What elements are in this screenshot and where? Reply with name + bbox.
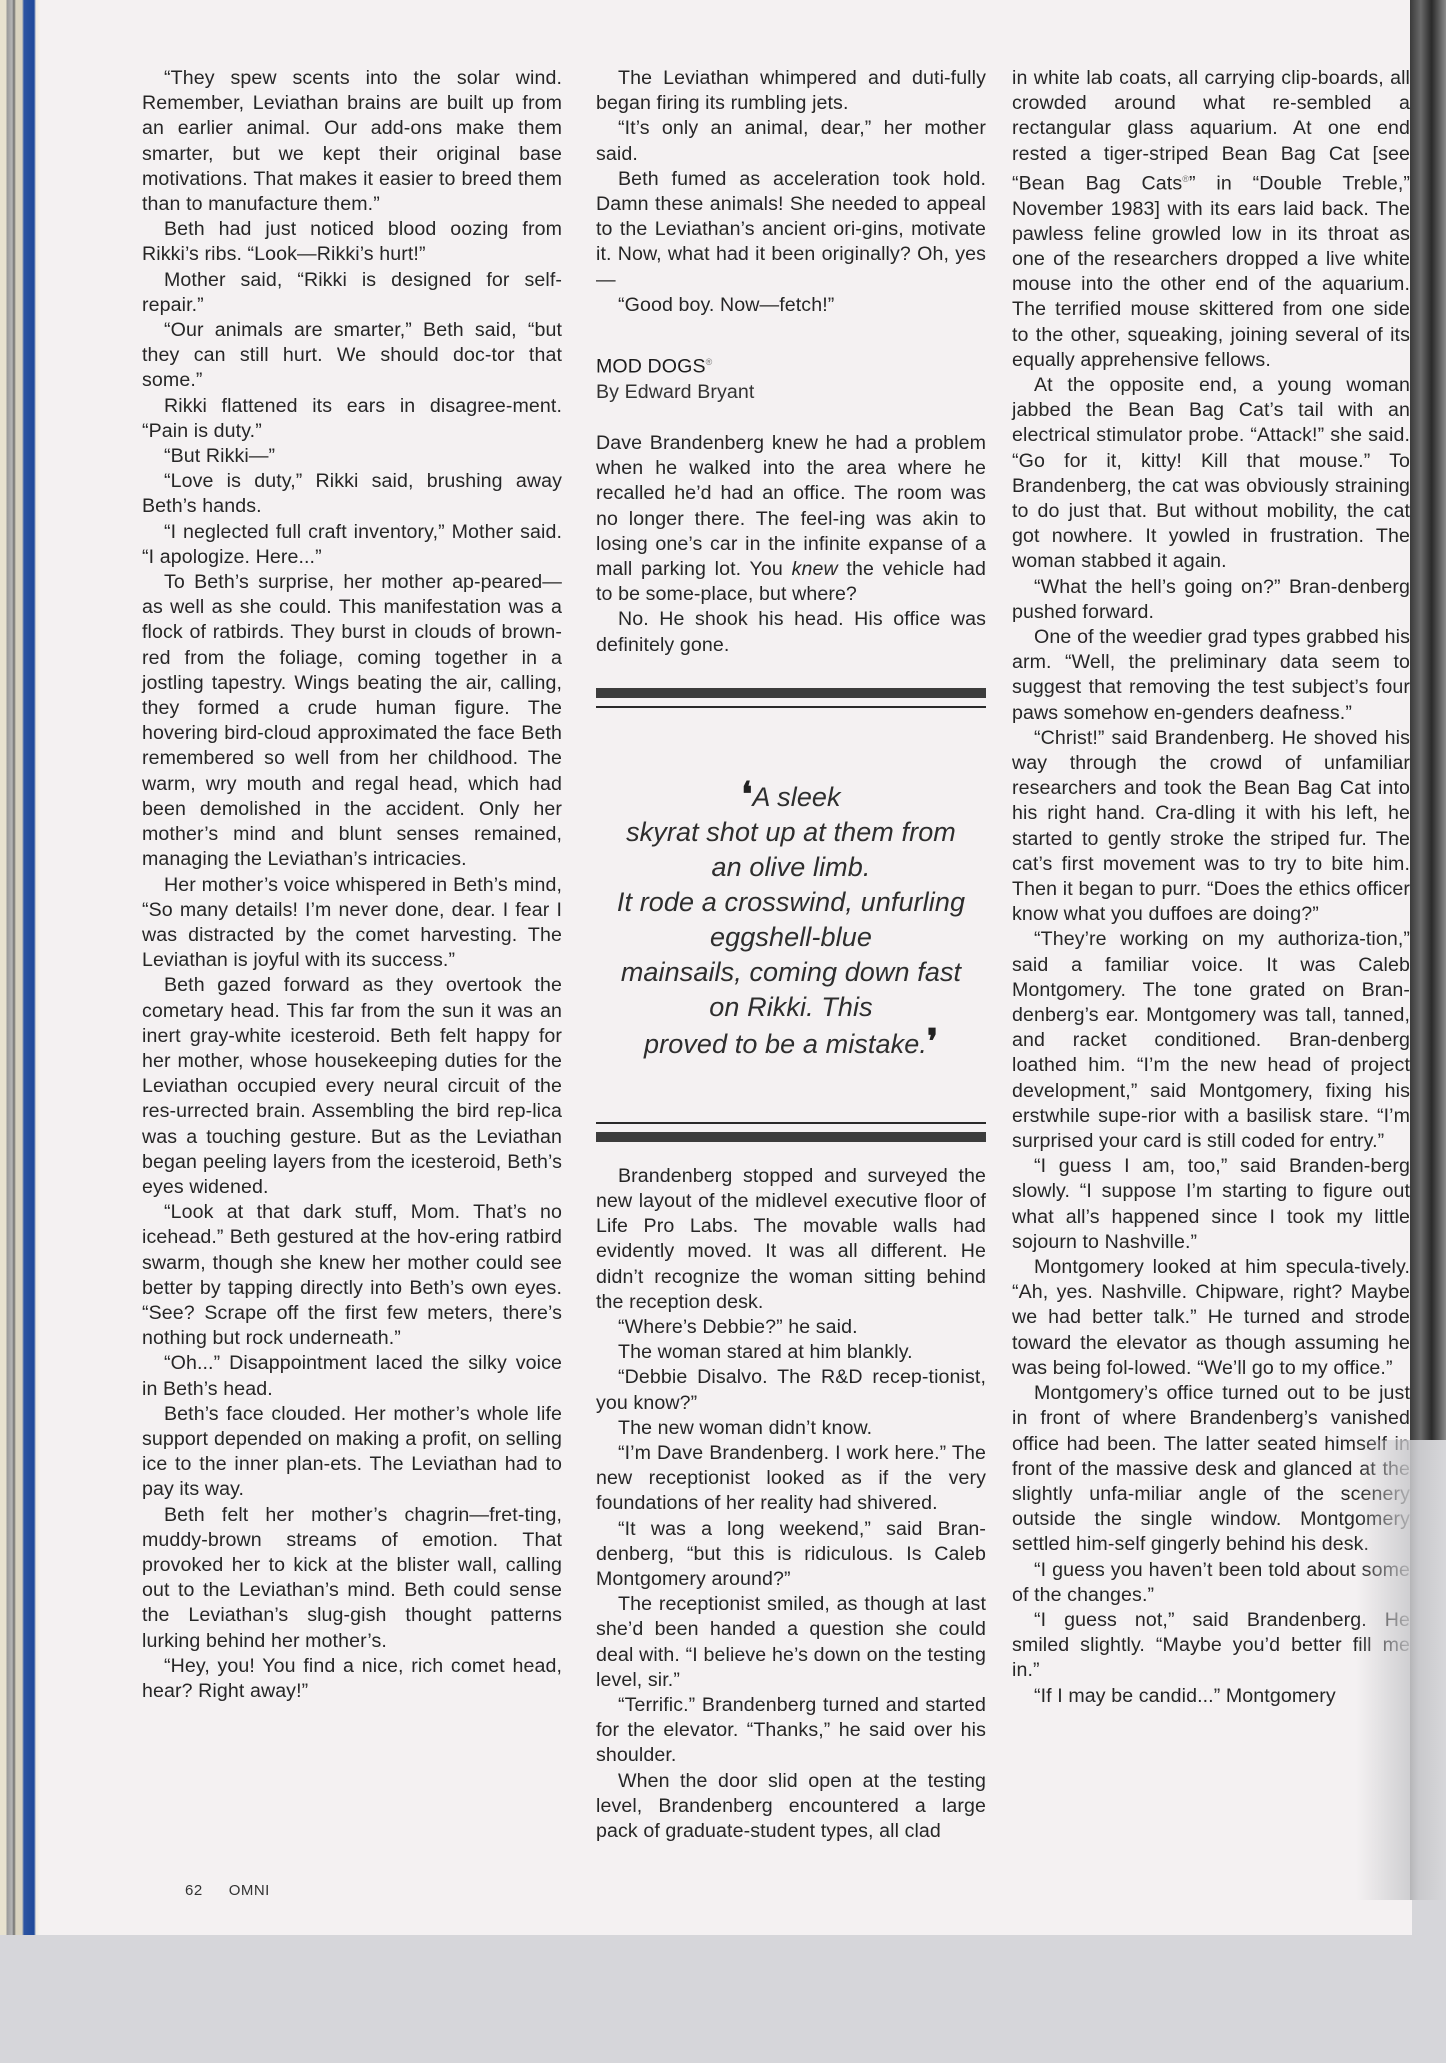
paragraph: “Our animals are smarter,” Beth said, “b… xyxy=(142,318,562,394)
paragraph: Montgomery looked at him specula-tively.… xyxy=(1012,1255,1410,1381)
pull-quote-line: eggshell-blue xyxy=(596,920,986,955)
divider-rule-thick xyxy=(596,1132,986,1142)
paragraph: in white lab coats, all carrying clip-bo… xyxy=(1012,66,1410,373)
magazine-page: “They spew scents into the solar wind. R… xyxy=(40,0,1412,1935)
paragraph: Rikki flattened its ears in disagree-men… xyxy=(142,394,562,444)
pull-quote-line: an olive limb. xyxy=(596,850,986,885)
paragraph: Her mother’s voice whispered in Beth’s m… xyxy=(142,873,562,974)
paragraph: “Hey, you! You find a nice, rich comet h… xyxy=(142,1654,562,1704)
paragraph: No. He shook his head. His office was de… xyxy=(596,607,986,657)
text-column-3: in white lab coats, all carrying clip-bo… xyxy=(1012,66,1410,1709)
magazine-binding-edge xyxy=(0,0,40,1935)
paragraph: “They’re working on my authoriza-tion,” … xyxy=(1012,927,1410,1154)
paragraph: At the opposite end, a young woman jabbe… xyxy=(1012,373,1410,575)
paragraph: One of the weedier grad types grabbed hi… xyxy=(1012,625,1410,726)
paragraph: “I’m Dave Brandenberg. I work here.” The… xyxy=(596,1441,986,1517)
story-title: MOD DOGS® xyxy=(596,350,986,380)
paragraph: “I neglected full craft inventory,” Moth… xyxy=(142,520,562,570)
pull-quote-line: mainsails, coming down fast xyxy=(596,955,986,990)
paragraph: “Terrific.” Brandenberg turned and start… xyxy=(596,1693,986,1769)
text-run: ” in “Double Treble,” November 1983] wit… xyxy=(1012,172,1410,370)
paragraph: Beth felt her mother’s chagrin—fret-ting… xyxy=(142,1503,562,1654)
paragraph: “Christ!” said Brandenberg. He shoved hi… xyxy=(1012,726,1410,928)
paragraph: When the door slid open at the testing l… xyxy=(596,1769,986,1845)
paragraph: “It’s only an animal, dear,” her mother … xyxy=(596,116,986,166)
paragraph: “What the hell’s going on?” Bran-denberg… xyxy=(1012,575,1410,625)
paragraph: The new woman didn’t know. xyxy=(596,1416,986,1441)
magazine-name: OMNI xyxy=(229,1882,270,1899)
divider-rule-thick xyxy=(596,688,986,698)
story-title-text: MOD DOGS xyxy=(596,356,706,378)
paragraph: Beth’s face clouded. Her mother’s whole … xyxy=(142,1402,562,1503)
paragraph: Brandenberg stopped and surveyed the new… xyxy=(596,1164,986,1315)
pull-quote-text: ❛A sleek skyrat shot up at them from an … xyxy=(596,708,986,1122)
opening-paragraph: Dave Brandenberg knew he had a problem w… xyxy=(596,431,986,607)
paragraph: Mother said, “Rikki is designed for self… xyxy=(142,268,562,318)
paragraph: “Look at that dark stuff, Mom. That’s no… xyxy=(142,1200,562,1351)
page-folio: 62OMNI xyxy=(185,1882,296,1899)
text-column-2: The Leviathan whimpered and duti-fully b… xyxy=(596,66,986,1844)
pull-quote-line: on Rikki. This xyxy=(596,990,986,1025)
emphasis: knew xyxy=(792,558,838,580)
paragraph: “I guess I am, too,” said Branden-berg s… xyxy=(1012,1154,1410,1255)
pull-quote-line-text: proved to be a mistake. xyxy=(644,1029,927,1059)
pull-quote-line: skyrat shot up at them from xyxy=(596,815,986,850)
paragraph: “Debbie Disalvo. The R&D recep-tionist, … xyxy=(596,1365,986,1415)
paragraph: To Beth’s surprise, her mother ap-peared… xyxy=(142,570,562,872)
paragraph: “It was a long weekend,” said Bran-denbe… xyxy=(596,1517,986,1593)
paragraph: “They spew scents into the solar wind. R… xyxy=(142,66,562,217)
paragraph: Beth gazed forward as they overtook the … xyxy=(142,973,562,1200)
paragraph: “Where’s Debbie?” he said. xyxy=(596,1315,986,1340)
page-shadow xyxy=(1356,1440,1446,1900)
pull-quote-line-text: A sleek xyxy=(752,782,840,812)
paragraph: The receptionist smiled, as though at la… xyxy=(596,1592,986,1693)
paragraph: The Leviathan whimpered and duti-fully b… xyxy=(596,66,986,116)
paragraph: “I guess you haven’t been told about som… xyxy=(1012,1558,1410,1608)
paragraph: “Oh...” Disappointment laced the silky v… xyxy=(142,1351,562,1401)
page-number: 62 xyxy=(185,1882,203,1899)
pull-quote-line: It rode a crosswind, unfurling xyxy=(596,885,986,920)
paragraph: “But Rikki—” xyxy=(142,444,562,469)
byline: By Edward Bryant xyxy=(596,380,986,405)
text-column-1: “They spew scents into the solar wind. R… xyxy=(142,66,562,1704)
paragraph: “Good boy. Now—fetch!” xyxy=(596,293,986,318)
pull-quote: ❛A sleek skyrat shot up at them from an … xyxy=(596,688,986,1164)
paragraph: Montgomery’s office turned out to be jus… xyxy=(1012,1381,1410,1557)
paragraph: Beth fumed as acceleration took hold. Da… xyxy=(596,167,986,293)
paragraph: “Love is duty,” Rikki said, brushing awa… xyxy=(142,469,562,519)
registered-mark: ® xyxy=(706,357,713,367)
paragraph: “If I may be candid...” Montgomery xyxy=(1012,1684,1410,1709)
paragraph: Beth had just noticed blood oozing from … xyxy=(142,217,562,267)
paragraph: “I guess not,” said Brandenberg. He smil… xyxy=(1012,1608,1410,1684)
pull-quote-line: proved to be a mistake.❜ xyxy=(596,1025,986,1062)
open-quote-icon: ❛ xyxy=(741,776,752,814)
pull-quote-line: ❛A sleek xyxy=(596,778,986,815)
registered-mark: ® xyxy=(1182,174,1189,184)
paragraph: The woman stared at him blankly. xyxy=(596,1340,986,1365)
close-quote-icon: ❜ xyxy=(927,1023,938,1061)
